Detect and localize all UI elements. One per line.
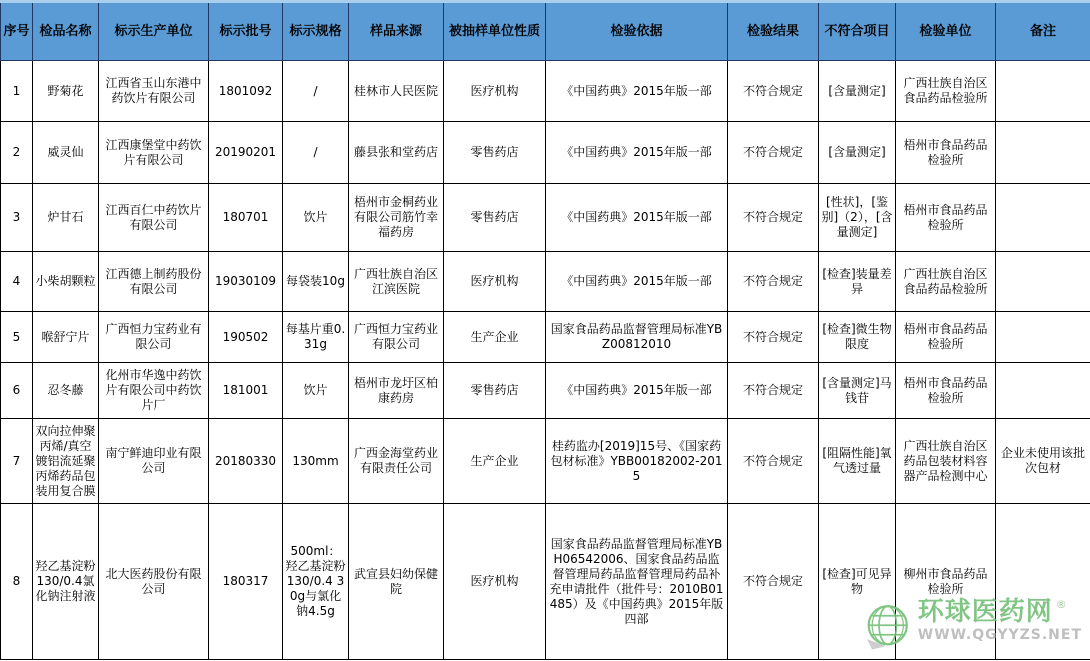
cell-unit_type: 零售药店	[444, 122, 546, 184]
cell-basis: 《中国药典》2015年版一部	[546, 363, 728, 419]
cell-source: 梧州市金桐药业有限公司筋竹幸福药房	[349, 184, 444, 252]
header-name: 检品名称	[33, 2, 99, 61]
cell-unit_type: 医疗机构	[444, 252, 546, 312]
cell-manufacturer: 江西德上制药股份有限公司	[99, 252, 209, 312]
cell-nonconforming: [阻隔性能]氧气透过量	[819, 419, 896, 504]
cell-batch: 20190201	[209, 122, 283, 184]
header-lab: 检验单位	[896, 2, 996, 61]
cell-no: 3	[1, 184, 33, 252]
cell-basis: 桂药监办[2019]15号、《国家药包材标准》YBB00182002-2015	[546, 419, 728, 504]
cell-remark: 企业未使用该批次包材	[996, 419, 1090, 504]
cell-spec: 每袋装10g	[283, 252, 349, 312]
cell-unit_type: 医疗机构	[444, 504, 546, 660]
cell-source: 广西金海堂药业有限责任公司	[349, 419, 444, 504]
cell-source: 藤县张和堂药店	[349, 122, 444, 184]
cell-remark	[996, 184, 1090, 252]
cell-batch: 20180330	[209, 419, 283, 504]
header-unit-type: 被抽样单位性质	[444, 2, 546, 61]
cell-remark	[996, 61, 1090, 122]
header-manufacturer: 标示生产单位	[99, 2, 209, 61]
cell-manufacturer: 化州市华逸中药饮片有限公司中药饮片厂	[99, 363, 209, 419]
cell-batch: 1801092	[209, 61, 283, 122]
cell-batch: 180317	[209, 504, 283, 660]
cell-name: 忍冬藤	[33, 363, 99, 419]
cell-basis: 国家食品药品监督管理局标准YBH06542006、国家食品药品监督管理局药品监督…	[546, 504, 728, 660]
cell-remark	[996, 252, 1090, 312]
cell-source: 广西恒力宝药业有限公司	[349, 312, 444, 363]
cell-nonconforming: [检查]装量差异	[819, 252, 896, 312]
cell-lab: 梧州市食品药品检验所	[896, 363, 996, 419]
cell-remark	[996, 122, 1090, 184]
cell-basis: 国家食品药品监督管理局标准YBZ00812010	[546, 312, 728, 363]
cell-unit_type: 生产企业	[444, 419, 546, 504]
table-row: 2威灵仙江西康堡堂中药饮片有限公司20190201/藤县张和堂药店零售药店《中国…	[1, 122, 1090, 184]
table-row: 7双向拉伸聚丙烯/真空镀铝流延聚丙烯药品包装用复合膜南宁鲜迪印业有限公司2018…	[1, 419, 1090, 504]
cell-manufacturer: 南宁鲜迪印业有限公司	[99, 419, 209, 504]
cell-manufacturer: 江西省玉山东港中药饮片有限公司	[99, 61, 209, 122]
header-basis: 检验依据	[546, 2, 728, 61]
cell-name: 羟乙基淀粉130/0.4氯化钠注射液	[33, 504, 99, 660]
cell-unit_type: 零售药店	[444, 363, 546, 419]
cell-manufacturer: 江西康堡堂中药饮片有限公司	[99, 122, 209, 184]
table-header: 序号 检品名称 标示生产单位 标示批号 标示规格 样品来源 被抽样单位性质 检验…	[1, 2, 1090, 61]
cell-manufacturer: 北大医药股份有限公司	[99, 504, 209, 660]
cell-result: 不符合规定	[728, 122, 819, 184]
cell-name: 双向拉伸聚丙烯/真空镀铝流延聚丙烯药品包装用复合膜	[33, 419, 99, 504]
cell-spec: 500ml：羟乙基淀粉130/0.4 30g与氯化钠4.5g	[283, 504, 349, 660]
cell-spec: /	[283, 61, 349, 122]
header-spec: 标示规格	[283, 2, 349, 61]
cell-result: 不符合规定	[728, 184, 819, 252]
cell-manufacturer: 江西百仁中药饮片有限公司	[99, 184, 209, 252]
cell-unit_type: 生产企业	[444, 312, 546, 363]
cell-source: 桂林市人民医院	[349, 61, 444, 122]
cell-spec: /	[283, 122, 349, 184]
cell-batch: 190502	[209, 312, 283, 363]
cell-basis: 《中国药典》2015年版一部	[546, 122, 728, 184]
header-result: 检验结果	[728, 2, 819, 61]
cell-result: 不符合规定	[728, 61, 819, 122]
cell-no: 8	[1, 504, 33, 660]
cell-lab: 广西壮族自治区食品药品检验所	[896, 61, 996, 122]
cell-batch: 180701	[209, 184, 283, 252]
cell-batch: 19030109	[209, 252, 283, 312]
table-body: 1野菊花江西省玉山东港中药饮片有限公司1801092/桂林市人民医院医疗机构《中…	[1, 61, 1090, 660]
table-row: 5喉舒宁片广西恒力宝药业有限公司190502每基片重0.31g广西恒力宝药业有限…	[1, 312, 1090, 363]
cell-batch: 181001	[209, 363, 283, 419]
header-no: 序号	[1, 2, 33, 61]
table-row: 6忍冬藤化州市华逸中药饮片有限公司中药饮片厂181001饮片梧州市龙圩区柏康药房…	[1, 363, 1090, 419]
cell-no: 4	[1, 252, 33, 312]
cell-no: 6	[1, 363, 33, 419]
cell-name: 炉甘石	[33, 184, 99, 252]
cell-lab: 柳州市食品药品检验所	[896, 504, 996, 660]
cell-basis: 《中国药典》2015年版一部	[546, 184, 728, 252]
cell-source: 武宣县妇幼保健院	[349, 504, 444, 660]
cell-name: 喉舒宁片	[33, 312, 99, 363]
cell-spec: 饮片	[283, 363, 349, 419]
cell-remark	[996, 504, 1090, 660]
table-row: 3炉甘石江西百仁中药饮片有限公司180701饮片梧州市金桐药业有限公司筋竹幸福药…	[1, 184, 1090, 252]
cell-unit_type: 零售药店	[444, 184, 546, 252]
table-row: 1野菊花江西省玉山东港中药饮片有限公司1801092/桂林市人民医院医疗机构《中…	[1, 61, 1090, 122]
cell-basis: 《中国药典》2015年版一部	[546, 252, 728, 312]
cell-nonconforming: [检查]微生物限度	[819, 312, 896, 363]
cell-nonconforming: [含量测定]	[819, 61, 896, 122]
cell-result: 不符合规定	[728, 312, 819, 363]
cell-name: 野菊花	[33, 61, 99, 122]
cell-name: 威灵仙	[33, 122, 99, 184]
cell-nonconforming: [含量测定]	[819, 122, 896, 184]
header-batch: 标示批号	[209, 2, 283, 61]
cell-result: 不符合规定	[728, 363, 819, 419]
cell-basis: 《中国药典》2015年版一部	[546, 61, 728, 122]
cell-result: 不符合规定	[728, 504, 819, 660]
cell-nonconforming: [含量测定]马钱苷	[819, 363, 896, 419]
cell-remark	[996, 312, 1090, 363]
cell-no: 5	[1, 312, 33, 363]
cell-nonconforming: [检查]可见异物	[819, 504, 896, 660]
inspection-table: 序号 检品名称 标示生产单位 标示批号 标示规格 样品来源 被抽样单位性质 检验…	[0, 0, 1090, 660]
cell-spec: 每基片重0.31g	[283, 312, 349, 363]
cell-lab: 梧州市食品药品检验所	[896, 122, 996, 184]
cell-nonconforming: [性状]，[鉴别]（2），[含量测定]	[819, 184, 896, 252]
cell-no: 7	[1, 419, 33, 504]
cell-lab: 梧州市食品药品检验所	[896, 184, 996, 252]
table-row: 4小柴胡颗粒江西德上制药股份有限公司19030109每袋装10g广西壮族自治区江…	[1, 252, 1090, 312]
header-row: 序号 检品名称 标示生产单位 标示批号 标示规格 样品来源 被抽样单位性质 检验…	[1, 2, 1090, 61]
header-source: 样品来源	[349, 2, 444, 61]
cell-no: 2	[1, 122, 33, 184]
table-row: 8羟乙基淀粉130/0.4氯化钠注射液北大医药股份有限公司180317500ml…	[1, 504, 1090, 660]
cell-spec: 饮片	[283, 184, 349, 252]
cell-result: 不符合规定	[728, 419, 819, 504]
cell-manufacturer: 广西恒力宝药业有限公司	[99, 312, 209, 363]
cell-no: 1	[1, 61, 33, 122]
cell-unit_type: 医疗机构	[444, 61, 546, 122]
header-remark: 备注	[996, 2, 1090, 61]
cell-lab: 广西壮族自治区药品包装材料容器产品检测中心	[896, 419, 996, 504]
cell-name: 小柴胡颗粒	[33, 252, 99, 312]
cell-spec: 130mm	[283, 419, 349, 504]
cell-lab: 广西壮族自治区食品药品检验所	[896, 252, 996, 312]
cell-result: 不符合规定	[728, 252, 819, 312]
header-nonconforming: 不符合项目	[819, 2, 896, 61]
cell-remark	[996, 363, 1090, 419]
cell-source: 梧州市龙圩区柏康药房	[349, 363, 444, 419]
cell-lab: 梧州市食品药品检验所	[896, 312, 996, 363]
cell-source: 广西壮族自治区江滨医院	[349, 252, 444, 312]
